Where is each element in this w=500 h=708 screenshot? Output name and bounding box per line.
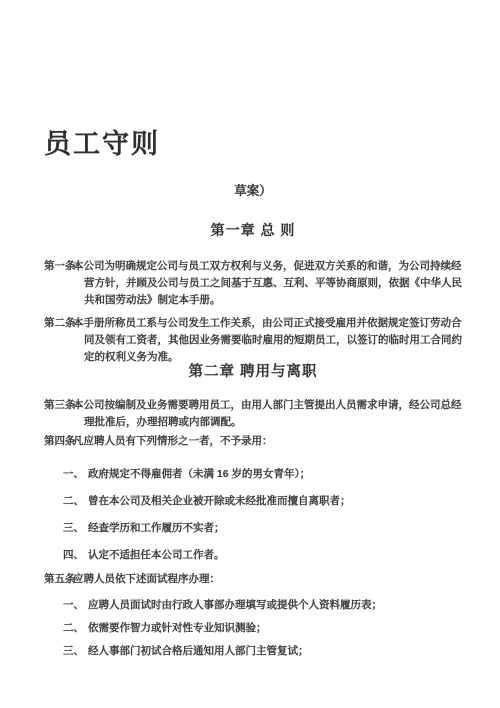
list-item-number: 二、 bbox=[63, 493, 84, 510]
list-item-number: 四、 bbox=[63, 547, 84, 564]
document-page: 员工守则 草案） 第一章 总 则 第一条本公司为明确规定公司与员工双方权利与义务… bbox=[0, 0, 500, 708]
list-item-number: 二、 bbox=[63, 620, 84, 637]
list-item-number: 三、 bbox=[63, 520, 84, 537]
list-item-text: 经查学历和工作履历不实者； bbox=[88, 522, 225, 534]
list-item-number: 一、 bbox=[63, 466, 84, 483]
list-item: 四、 认定不适担任本公司工作者。 bbox=[44, 547, 462, 564]
article-2: 第二条本手册所称员工系与公司发生工作关系，由公司正式接受雇用并依据规定签订劳动合… bbox=[44, 315, 462, 366]
list-item: 一、 应聘人员面试时由行政人事部办理填写或提供个人资料履历表； bbox=[44, 597, 462, 614]
list-item: 三、 经人事部门初试合格后通知用人部门主管复试； bbox=[44, 643, 462, 660]
article-3-text: 本公司按编制及业务需要聘用员工，由用人部门主管提出人员需求申请，经公司总经理批准… bbox=[73, 399, 462, 428]
list-item-text: 经人事部门初试合格后通知用人部门主管复试； bbox=[88, 645, 309, 657]
article-3-label: 第三条 bbox=[44, 397, 76, 414]
list-item: 三、 经查学历和工作履历不实者； bbox=[44, 520, 462, 537]
article-4-label: 第四条 bbox=[44, 433, 76, 450]
list-item: 二、 曾在本公司及相关企业被开除或未经批准而擅自离职者； bbox=[44, 493, 462, 510]
article-2-text: 本手册所称员工系与公司发生工作关系，由公司正式接受雇用并依据规定签订劳动合同及领… bbox=[73, 317, 462, 363]
article-1-text: 本公司为明确规定公司与员工双方权利与义务，促进双方关系的和谐，为公司持续经营方针… bbox=[73, 260, 462, 306]
article-4: 第四条凡应聘人员有下列情形之一者，不予录用： bbox=[44, 433, 462, 450]
article-4-text: 凡应聘人员有下列情形之一者，不予录用： bbox=[73, 435, 273, 447]
article-5-list: 一、 应聘人员面试时由行政人事部办理填写或提供个人资料履历表； 二、 依需要作智… bbox=[44, 597, 462, 660]
list-item-text: 依需要作智力或针对性专业知识测验； bbox=[88, 622, 267, 634]
list-item-number: 三、 bbox=[63, 643, 84, 660]
list-item-text: 政府规定不得雇佣者（未满 16 岁的男女青年）； bbox=[88, 468, 310, 480]
list-item: 一、 政府规定不得雇佣者（未满 16 岁的男女青年）； bbox=[44, 466, 462, 483]
article-3: 第三条本公司按编制及业务需要聘用员工，由用人部门主管提出人员需求申请，经公司总经… bbox=[44, 397, 462, 431]
page-title: 员工守则 bbox=[44, 129, 462, 159]
article-5-text: 应聘人员依下述面试程序办理： bbox=[73, 573, 220, 585]
list-item-text: 认定不适担任本公司工作者。 bbox=[88, 549, 225, 561]
article-5: 第五条应聘人员依下述面试程序办理： bbox=[44, 571, 462, 588]
article-1-label: 第一条 bbox=[44, 258, 76, 275]
article-2-label: 第二条 bbox=[44, 315, 76, 332]
chapter-1-heading: 第一章 总 则 bbox=[44, 221, 462, 239]
article-1: 第一条本公司为明确规定公司与员工双方权利与义务，促进双方关系的和谐，为公司持续经… bbox=[44, 258, 462, 309]
article-5-label: 第五条 bbox=[44, 571, 76, 588]
draft-label: 草案） bbox=[44, 183, 462, 199]
list-item-text: 曾在本公司及相关企业被开除或未经批准而擅自离职者； bbox=[88, 495, 351, 507]
article-4-list: 一、 政府规定不得雇佣者（未满 16 岁的男女青年）； 二、 曾在本公司及相关企… bbox=[44, 466, 462, 564]
list-item: 二、 依需要作智力或针对性专业知识测验； bbox=[44, 620, 462, 637]
list-item-number: 一、 bbox=[63, 597, 84, 614]
list-item-text: 应聘人员面试时由行政人事部办理填写或提供个人资料履历表； bbox=[88, 599, 382, 611]
